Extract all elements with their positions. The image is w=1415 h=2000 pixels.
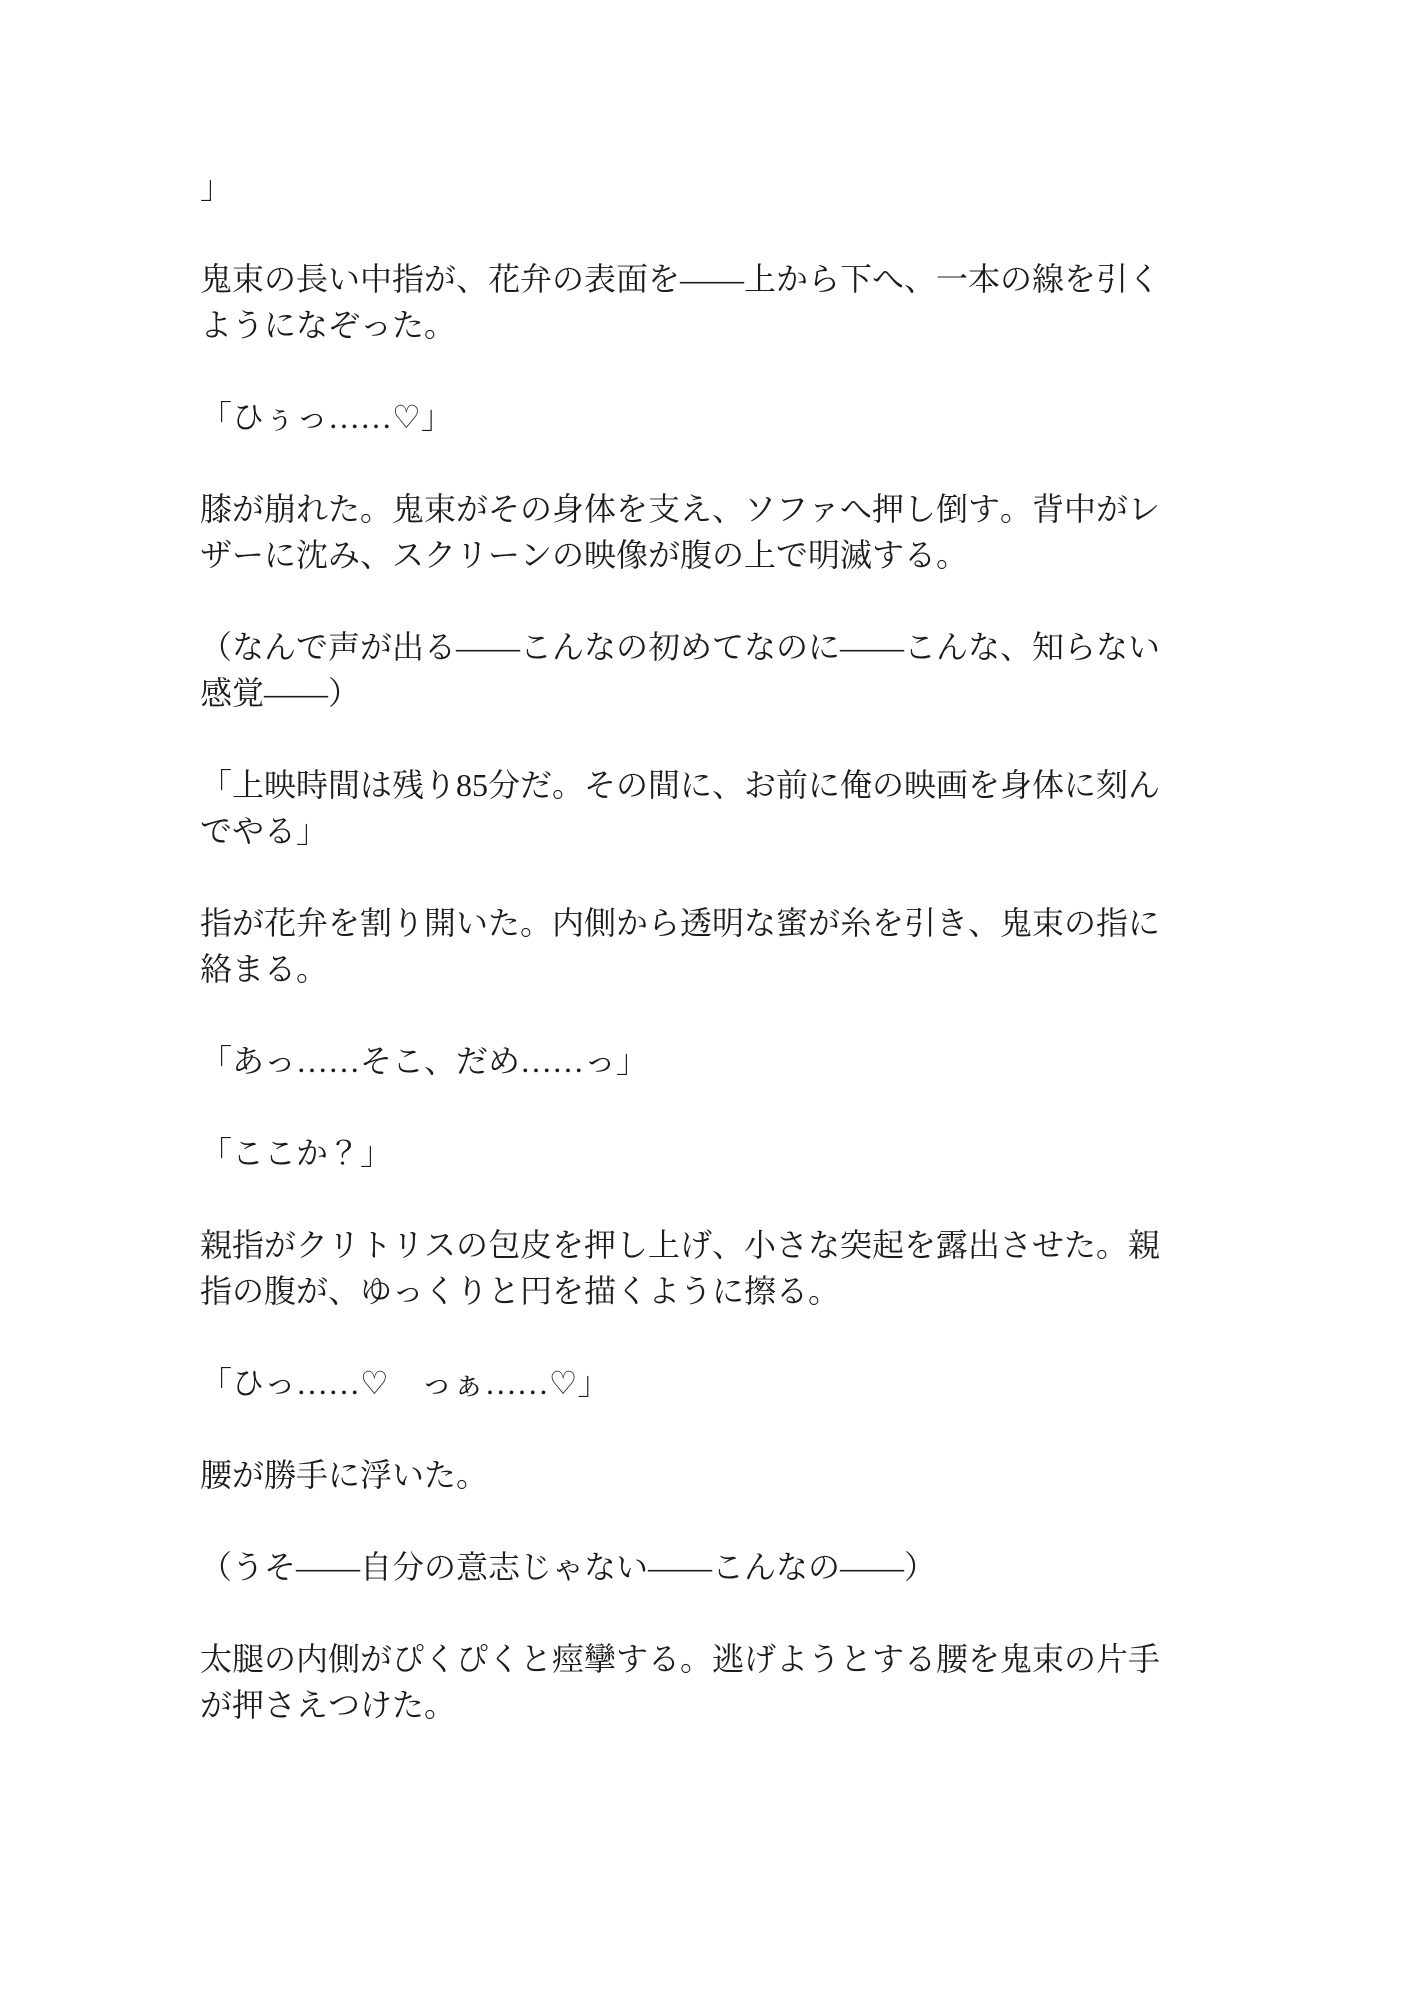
paragraph-narration: 鬼束の長い中指が、花弁の表面を——上から下へ、一本の線を引くようになぞった。 [200, 256, 1160, 348]
paragraph-dialogue: 「ひっ……♡ っぁ……♡」 [200, 1360, 1160, 1406]
paragraph-inner-monologue: （なんで声が出る——こんなの初めてなのに——こんな、知らない感覚——） [200, 624, 1160, 716]
paragraph-dialogue: 「上映時間は残り85分だ。その間に、お前に俺の映画を身体に刻んでやる」 [200, 762, 1160, 854]
paragraph-closing-bracket: 」 [200, 164, 1160, 210]
paragraph-inner-monologue: （うそ——自分の意志じゃない——こんなの——） [200, 1544, 1160, 1590]
paragraph-narration: 指が花弁を割り開いた。内側から透明な蜜が糸を引き、鬼束の指に絡まる。 [200, 900, 1160, 992]
paragraph-narration: 太腿の内側がぴくぴくと痙攣する。逃げようとする腰を鬼束の片手が押さえつけた。 [200, 1636, 1160, 1728]
document-page: 」 鬼束の長い中指が、花弁の表面を——上から下へ、一本の線を引くようになぞった。… [0, 0, 1415, 2000]
paragraph-narration: 腰が勝手に浮いた。 [200, 1452, 1160, 1498]
paragraph-dialogue: 「ここか？」 [200, 1130, 1160, 1176]
paragraph-narration: 膝が崩れた。鬼束がその身体を支え、ソファへ押し倒す。背中がレザーに沈み、スクリー… [200, 486, 1160, 578]
paragraph-narration: 親指がクリトリスの包皮を押し上げ、小さな突起を露出させた。親指の腹が、ゆっくりと… [200, 1222, 1160, 1314]
paragraph-dialogue: 「あっ……そこ、だめ……っ」 [200, 1038, 1160, 1084]
paragraph-dialogue: 「ひぅっ……♡」 [200, 394, 1160, 440]
